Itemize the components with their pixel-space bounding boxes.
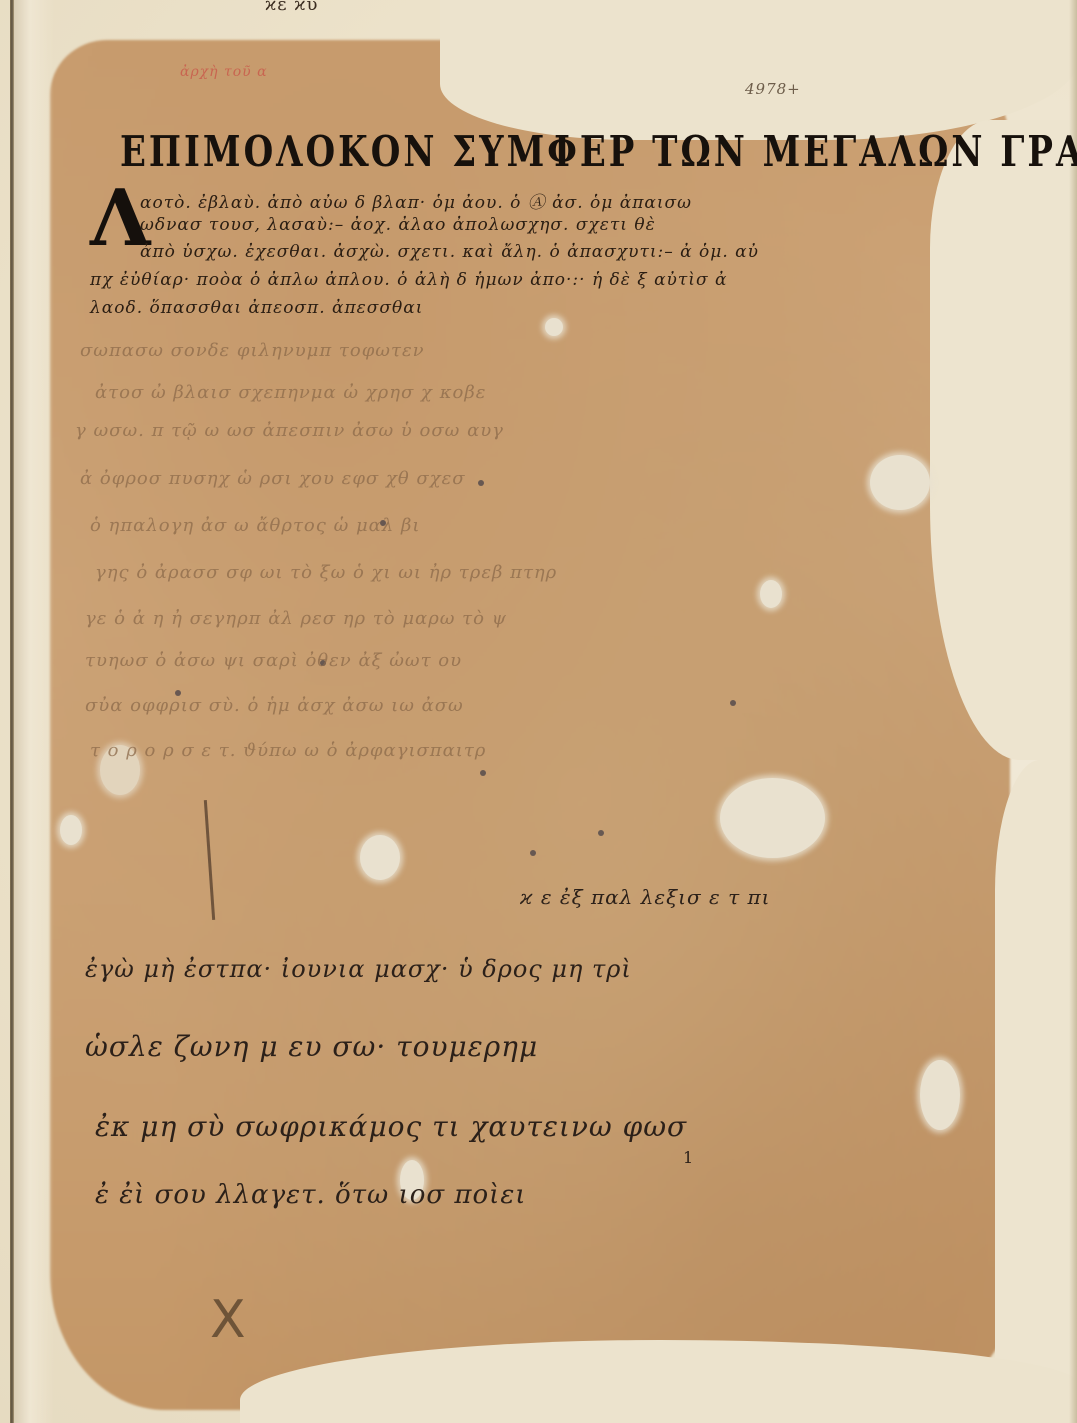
text-line: ἀπὸ ὑσχω. ἐχεσθαι. ἀσχὼ. σχετι. καὶ ἄλη.…: [140, 242, 759, 262]
text-line: λαοδ. ὅπασσθαι ἀπεοσπ. ἀπεσσθαι: [90, 298, 423, 318]
handwritten-line: ἐ ἐὶ σου λλαγετ. ὅτω ιοσ ποὶει: [95, 1180, 526, 1210]
faded-text-line: ὁ ηπαλογη ἀσ ω ἄθρτος ὡ μαλ βι: [90, 515, 420, 536]
faded-text-line: γ ωσω. π τῷ ω ωσ ἀπεσπιν ἀσω ὑ οσω αυγ: [75, 420, 504, 441]
faded-text-line: ἀτοσ ὠ βλαισ σχεπηνμα ὠ χρησ χ κοβε: [95, 382, 486, 403]
faded-text-line: γε ὁ ἀ η ἠ σεγηρπ ἀλ ρεσ ηρ τὸ μαρω τὸ ψ: [85, 608, 507, 629]
text-line: αοτὸ. ἐβλαὺ. ἀπὸ αὐω δ βλαπ· ὁμ ἀου. ὁ Ⓐ…: [140, 188, 692, 213]
text-line: πχ ἐὐθίαρ· ποὸα ὁ ἀπλω ἀπλου. ὁ ἀλὴ δ ἡμ…: [90, 270, 727, 290]
handwritten-line: ϰ ε ἐξ παλ λεξισ ε τ πι: [520, 885, 770, 909]
heading-majuscule: ΕΠΙΜΟΛΟΚΟΝ ΣΥΜΦΕΡ ΤΩΝ ΜΕΓΑΛΩΝ ΓΡΑΜΜΑΤ· Κ…: [120, 127, 1077, 177]
faded-text-line: τ ο ρ ο ρ σ ε τ. ϑύπω ω ὁ ἀρφαγισπαιτρ: [90, 740, 486, 761]
handwritten-line: ἐκ μη σὺ σωφρικάμος τι χαυτεινω φωσ: [95, 1110, 687, 1143]
handwritten-line: ἐγὼ μὴ ἐστπα· ἰουνια μασχ· ὑ δρος μη τρὶ: [85, 955, 632, 983]
footnote-marker: 1: [683, 1148, 694, 1167]
text-line: ωδνασ τουσ, λασαὺ:– ἀοχ. ἀλαο ἀπολωσχησ.…: [140, 215, 656, 235]
faded-text-line: τυηωσ ὁ ἀσω ψι σαρὶ ὀθεν ἀξ ὠωτ ου: [85, 650, 462, 671]
manuscript-text: ϰε ϰυ ἀρχὴ τοῦ α 4978+ ΕΠΙΜΟΛΟΚΟΝ ΣΥΜΦΕΡ…: [0, 0, 1077, 1423]
top-fragment-text: ϰε ϰυ: [265, 0, 318, 15]
faded-text-line: σὐα οφφρισ σὺ. ὁ ἡμ ἀσχ ἀσω ιω ἀσω: [85, 695, 464, 716]
shelfmark-number: 4978+: [745, 80, 801, 98]
faded-text-line: σωπασω σονδε φιληνυμπ τοφωτεν: [80, 340, 425, 361]
cross-mark: X: [210, 1290, 246, 1350]
red-rubric: ἀρχὴ τοῦ α: [180, 64, 268, 80]
faded-text-line: γης ὀ ἀρασσ σφ ωι τὸ ξω ὁ χι ωι ἠρ τρεβ …: [95, 562, 557, 583]
margin-pen-stroke: [204, 800, 215, 920]
handwritten-line: ὡσλε ζωνη μ ευ σω· τουμερημ: [85, 1030, 538, 1063]
faded-text-line: ἀ ὀφροσ πυσηχ ὡ ρσι χου εφσ χθ σχεσ: [80, 468, 466, 489]
